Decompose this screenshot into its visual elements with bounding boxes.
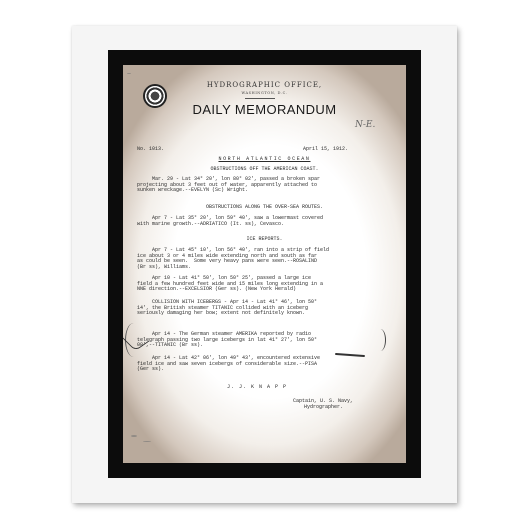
letterhead-divider <box>245 98 275 99</box>
section-heading: OBSTRUCTIONS ALONG THE OVER-SEA ROUTES. <box>123 205 406 211</box>
report-entry: Apr 14 - Lat 42° 06', lon 49° 43', encou… <box>137 356 320 373</box>
memo-number: No. 1013. <box>137 147 164 153</box>
memo-date: April 15, 1912. <box>303 147 348 153</box>
paper-stain <box>143 441 151 442</box>
signature-role: Hydrographer. <box>304 405 343 411</box>
office-name: HYDROGRAPHIC OFFICE, <box>123 81 406 89</box>
report-entry: Apr 14 - The German steamer AMERIKA repo… <box>137 332 317 349</box>
handwritten-annotation: N-E. <box>355 120 375 130</box>
office-city: WASHINGTON, D.C. <box>123 91 406 95</box>
region-heading: NORTH ATLANTIC OCEAN <box>123 157 406 163</box>
report-entry: Apr 10 - Lat 41° 50', lon 50° 25', passe… <box>137 276 323 293</box>
black-frame-border: HYDROGRAPHIC OFFICE, WASHINGTON, D.C. DA… <box>108 50 421 478</box>
report-entry: Apr 7 - Lat 35° 20', lon 59° 40', saw a … <box>137 216 323 227</box>
handwritten-underline-mark <box>335 353 365 357</box>
section-heading: ICE REPORTS. <box>123 237 406 243</box>
paper-stain <box>131 435 137 437</box>
paper-stain <box>127 73 131 74</box>
report-entry-titanic-collision: COLLISION WITH ICEBERGS - Apr 14 - Lat 4… <box>137 300 317 317</box>
memorandum-document: HYDROGRAPHIC OFFICE, WASHINGTON, D.C. DA… <box>123 65 406 463</box>
report-entry: Mar. 29 - Lat 34° 20', lon 80° 02', pass… <box>137 177 320 194</box>
handwritten-bracket-mark <box>375 329 386 351</box>
document-title: DAILY MEMORANDUM <box>123 102 406 117</box>
photo-print-mount: HYDROGRAPHIC OFFICE, WASHINGTON, D.C. DA… <box>72 26 457 503</box>
section-heading: OBSTRUCTIONS OFF THE AMERICAN COAST. <box>123 167 406 173</box>
signature-name: J. J. K N A P P <box>227 385 287 391</box>
report-entry: Apr 7 - Lat 45° 10', lon 56° 40', ran in… <box>137 248 329 270</box>
